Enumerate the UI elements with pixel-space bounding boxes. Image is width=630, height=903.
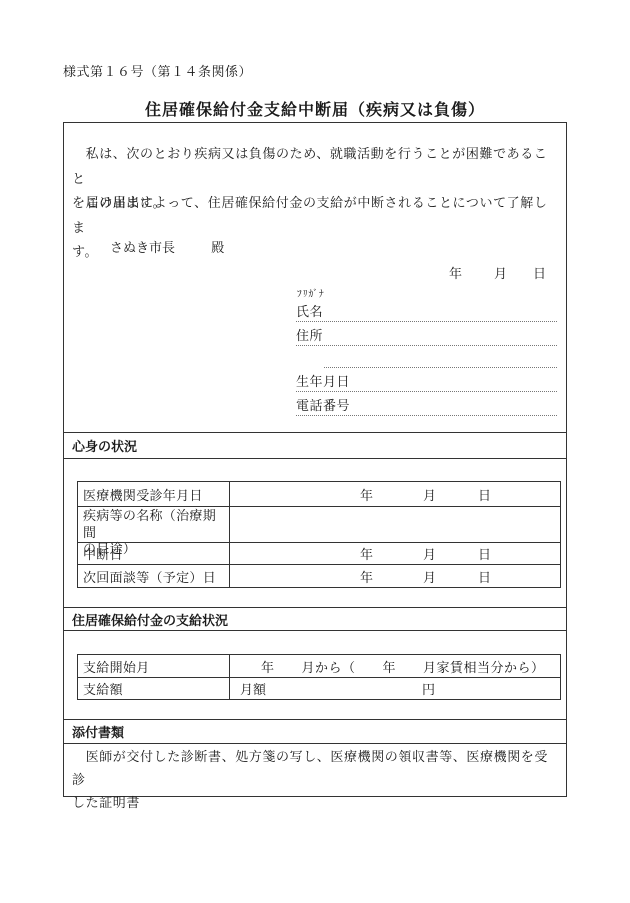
payment-amount-label: 支給額 bbox=[78, 677, 230, 699]
day-unit: 日 bbox=[478, 544, 491, 563]
name-label: 氏名 bbox=[296, 304, 323, 319]
year-unit: 年 bbox=[360, 567, 373, 586]
date-year-unit: 年 bbox=[449, 263, 462, 282]
year-unit: 年 bbox=[360, 485, 373, 504]
condition-table: 医療機関受診年月日 年 月 日 疾病等の名称（治療期間 の目途） 中断日 年 月… bbox=[77, 481, 561, 588]
submission-date-line: 年 月 日 bbox=[64, 263, 566, 283]
condition-row-value: 年 月 日 bbox=[230, 542, 560, 564]
addressee-line: さぬき市長 殿 bbox=[110, 238, 224, 258]
amount-prefix-label: 月額 bbox=[240, 679, 266, 698]
birthdate-field-line: 生年月日 bbox=[296, 372, 557, 392]
birthdate-label: 生年月日 bbox=[296, 374, 350, 389]
section-heading-condition: 心身の状況 bbox=[64, 432, 566, 459]
condition-row-value bbox=[230, 506, 560, 542]
name-field-line: 氏名 bbox=[296, 302, 557, 322]
payment-start-value: 年 月から（ 年 月家賃相当分から） bbox=[230, 655, 560, 677]
attachments-body-text: 医師が交付した診断書、処方箋の写し、医療機関の領収書等、医療機関を受診 した証明… bbox=[72, 745, 560, 814]
phone-field-line: 電話番号 bbox=[296, 396, 557, 416]
form-body-box: 私は、次のとおり疾病又は負傷のため、就職活動を行うことが困難であること を届け出… bbox=[63, 122, 567, 797]
attachments-heading-label: 添付書類 bbox=[72, 722, 124, 741]
date-day-unit: 日 bbox=[533, 263, 546, 282]
condition-row-value: 年 月 日 bbox=[230, 482, 560, 506]
form-number: 様式第１６号（第１４条関係） bbox=[63, 61, 252, 80]
condition-row-label: 中断日 bbox=[78, 542, 230, 564]
day-unit: 日 bbox=[478, 567, 491, 586]
address-field-line: 住所 bbox=[296, 326, 557, 346]
honorific-label: 殿 bbox=[211, 240, 224, 255]
addressee-name: さぬき市長 bbox=[110, 240, 175, 255]
address-continuation-line bbox=[324, 348, 557, 368]
month-unit: 月 bbox=[423, 544, 436, 563]
section-heading-payment: 住居確保給付金の支給状況 bbox=[64, 607, 566, 631]
day-unit: 日 bbox=[478, 485, 491, 504]
furigana-label: ﾌﾘｶﾞﾅ bbox=[297, 286, 325, 300]
month-unit: 月 bbox=[423, 567, 436, 586]
month-unit: 月 bbox=[423, 485, 436, 504]
payment-start-label: 支給開始月 bbox=[78, 655, 230, 677]
payment-heading-label: 住居確保給付金の支給状況 bbox=[72, 610, 228, 629]
year-unit: 年 bbox=[360, 544, 373, 563]
page-title: 住居確保給付金支給中断届（疾病又は負傷） bbox=[0, 97, 630, 120]
condition-heading-label: 心身の状況 bbox=[72, 436, 137, 455]
condition-row-value: 年 月 日 bbox=[230, 564, 560, 587]
condition-row-label: 疾病等の名称（治療期間 の目途） bbox=[78, 506, 230, 542]
condition-row-label: 医療機関受診年月日 bbox=[78, 482, 230, 506]
address-label: 住所 bbox=[296, 328, 323, 343]
amount-unit-label: 円 bbox=[422, 679, 435, 698]
payment-table: 支給開始月 年 月から（ 年 月家賃相当分から） 支給額 月額 円 bbox=[77, 654, 561, 700]
document-page: 様式第１６号（第１４条関係） 住居確保給付金支給中断届（疾病又は負傷） 私は、次… bbox=[0, 0, 630, 903]
phone-label: 電話番号 bbox=[296, 398, 350, 413]
section-heading-attachments: 添付書類 bbox=[64, 719, 566, 744]
condition-row-label: 次回面談等（予定）日 bbox=[78, 564, 230, 587]
date-month-unit: 月 bbox=[494, 263, 507, 282]
payment-amount-value: 月額 円 bbox=[230, 677, 560, 699]
